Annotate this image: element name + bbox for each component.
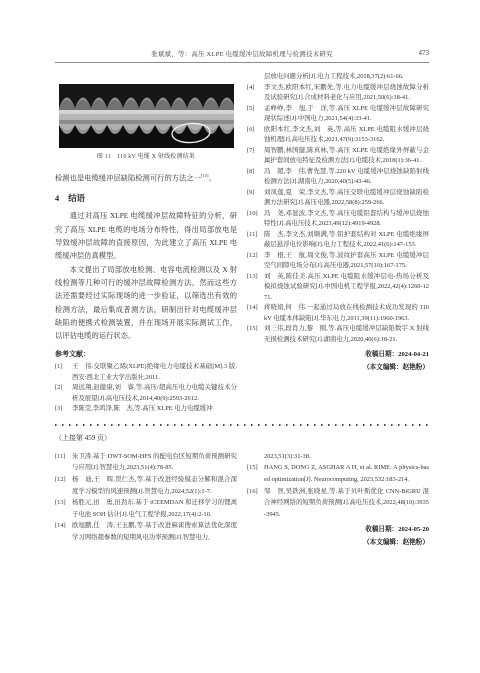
section-title: 结语	[68, 194, 85, 203]
reference-item: [15] 刘三伟,段肖力,黎 刚,等.高压电缆缓冲层缺陷数字 X 射线无损检测技…	[247, 324, 429, 345]
figure-11: 图 11 110 kV 电缆 X 射线检测结果	[55, 84, 237, 160]
continued-from-note: （上接第 459 页）	[55, 433, 429, 443]
reference-item: [11] 朱卫涛.基于 DWT-SOM-HFS 的配电台区短期负荷预测研究与应用…	[55, 451, 237, 474]
reference-text: 欧阳本红,李文杰,刘 英,等.高压 XLPE 电缆阻水缓冲层烧蚀机理[J].高电…	[264, 125, 429, 146]
top-columns: 图 11 110 kV 电缆 X 射线检测结果 检测也是电缆缓冲层缺陷检测可行的…	[55, 71, 429, 415]
running-title: 张斌斌，等：高压 XLPE 电缆缓冲层故障机理与检测技术研究	[55, 49, 429, 58]
reference-item: [3] 李陈莹,李鸿泽,陈 杰,等.高压 XLPE 电力电缆缓冲	[55, 404, 237, 415]
reference-text: 周远翔,赵健康,刘 睿,等.高压/超高压电力电缆关键技术分析及展望[J].高电压…	[72, 383, 237, 404]
references-right-bottom: 2023,51(3):31-38. [15] HANG S, DONG Z, A…	[247, 451, 429, 521]
reference-number: [11]	[247, 230, 264, 251]
reference-number: [15]	[247, 462, 264, 485]
section-heading: 4结语	[55, 192, 237, 204]
reference-number: [4]	[247, 83, 264, 104]
reference-text: HANG S, DONG Z, ASGHAR A H, et al. RIME:…	[264, 462, 429, 485]
journal-page: 张斌斌，等：高压 XLPE 电缆缓冲层故障机理与检测技术研究 473	[0, 0, 480, 673]
reference-number: [5]	[247, 104, 264, 125]
reference-text: 邹 智,吴铁洲,张晓星,等.基于贝叶斯优化 CNN-BiGRU 混合神经网络的短…	[264, 486, 429, 521]
reference-text: 冯 超,李 伟,曹先慧,等.220 kV 电缆缓冲层烧蚀缺陷射线检测方法[J].…	[264, 167, 429, 188]
reference-item: [10] 冯 尧,邓显波,李文杰,等.高压电缆铝套结构与缓冲层烧蚀特性[J].高…	[247, 209, 429, 230]
reference-item: [5] 孟峥峥,李 旭,于 洋,等.高压 XLPE 电缆缓冲层故障研究现状综述[…	[247, 104, 429, 125]
lead-paragraph: 检测也是电缆缓冲层缺陷检测可行的方法之一[15]。	[55, 169, 237, 184]
bottom-right-column: 2023,51(3):31-38. [15] HANG S, DONG Z, A…	[247, 451, 429, 547]
reference-number	[247, 72, 264, 83]
reference-number	[247, 451, 264, 463]
reference-text: 杨胜元,田 勇,田劲东.基于 iCEEMDAN 和迁移学习的锂离子电池 SOH …	[72, 497, 237, 520]
reference-item: 2023,51(3):31-38.	[247, 451, 429, 463]
reference-text: 李文杰,欧阳本红,宋鹏先,等.电力电缆缓冲层烧蚀故障分析及试验研究[J].合成材…	[264, 83, 429, 104]
reference-text: 陈 杰,李文杰,刘顺满,等.铝护套结构对 XLPE 电缆绝缘屏蔽层悬浮电位影响[…	[264, 230, 429, 251]
bottom-left-column: [11] 朱卫涛.基于 DWT-SOM-HFS 的配电台区短期负荷预测研究与应用…	[55, 451, 237, 547]
reference-text: 刘凤莲,夏 荣,李文杰,等.高压交联电缆缓冲层烧蚀缺陷检测方法研究[J].高压电…	[264, 188, 429, 209]
running-head: 张斌斌，等：高压 XLPE 电缆缓冲层故障机理与检测技术研究 473	[55, 49, 429, 58]
reference-number: [14]	[247, 303, 264, 324]
reference-number: [12]	[55, 474, 72, 497]
figure-caption: 图 11 110 kV 电缆 X 射线检测结果	[55, 151, 237, 160]
section-number: 4	[55, 194, 59, 203]
left-column: 图 11 110 kV 电缆 X 射线检测结果 检测也是电缆缓冲层缺陷检测可行的…	[55, 71, 237, 415]
conclusion-paragraph-2: 本文提出了局部放电检测、电容电流检测以及 X 射线检测等几种可行的缓冲层故障检测…	[55, 263, 237, 343]
conclusion-paragraph-1: 通过对高压 XLPE 电缆缓冲层故障特征的分析，研究了高压 XLPE 电缆的电场…	[55, 209, 237, 262]
reference-item: [9] 刘凤莲,夏 荣,李文杰,等.高压交联电缆缓冲层烧蚀缺陷检测方法研究[J]…	[247, 188, 429, 209]
reference-number: [12]	[247, 251, 264, 272]
reference-text: 孟峥峥,李 旭,于 洋,等.高压 XLPE 电缆缓冲层故障研究现状综述[J].中…	[264, 104, 429, 125]
reference-text: 周智鹏,林国健,陈真林,等.高压 XLPE 电缆绝缘外屏蔽与金属护套间放电特征及…	[264, 146, 429, 167]
reference-item: [14] 欧旭鹏,任 涛,王玉鹏,等.基于改进麻雀搜索算法优化深度学习网络超参数…	[55, 520, 237, 543]
reference-item: [2] 周远翔,赵健康,刘 睿,等.高压/超高压电力电缆关键技术分析及展望[J]…	[55, 383, 237, 404]
reference-text: 欧旭鹏,任 涛,王玉鹏,等.基于改进麻雀搜索算法优化深度学习网络超参数的短期风电…	[72, 520, 237, 543]
reference-item: [13] 刘 英,陈佳美.高压 XLPE 电缆阻水缓冲层电-热场分析及模拟烧蚀试…	[247, 272, 429, 304]
page-content: 张斌斌，等：高压 XLPE 电缆缓冲层故障机理与检测技术研究 473	[55, 49, 429, 546]
reference-number: [6]	[247, 125, 264, 146]
reference-item: [11] 陈 杰,李文杰,刘顺满,等.铝护套结构对 XLPE 电缆绝缘屏蔽层悬浮…	[247, 230, 429, 251]
dotted-separator	[55, 424, 429, 426]
reference-item: [1] 王 伟.交联聚乙烯(XLPE)绝缘电力电缆技术基础[M].3 版.西安:…	[55, 362, 237, 383]
reference-text: 王 伟.交联聚乙烯(XLPE)绝缘电力电缆技术基础[M].3 版.西安:西北工业…	[72, 362, 237, 383]
reference-item: [13] 杨胜元,田 勇,田劲东.基于 iCEEMDAN 和迁移学习的锂离子电池…	[55, 497, 237, 520]
reference-number: [14]	[55, 520, 72, 543]
reference-text: 朱卫涛.基于 DWT-SOM-HFS 的配电台区短期负荷预测研究与应用[J].智…	[72, 451, 237, 474]
reference-text: 蒋晓娟,何 伟.一起通过局放在线检测技术成功发现的 110 kV 电缆本体缺陷[…	[264, 303, 429, 324]
reference-text: 层放电问题分析[J].电力工程技术,2018,37(2):61-66.	[264, 72, 429, 83]
reference-item: [8] 冯 超,李 伟,曹先慧,等.220 kV 电缆缓冲层烧蚀缺陷射线检测方法…	[247, 167, 429, 188]
xray-image	[59, 84, 234, 148]
reference-item: [4] 李文杰,欧阳本红,宋鹏先,等.电力电缆缓冲层烧蚀故障分析及试验研究[J]…	[247, 83, 429, 104]
reference-item: 层放电问题分析[J].电力工程技术,2018,37(2):61-66.	[247, 72, 429, 83]
reference-text: 刘 英,陈佳美.高压 XLPE 电缆阻水缓冲层电-热场分析及模拟烧蚀试验研究[J…	[264, 272, 429, 304]
bottom-columns: [11] 朱卫涛.基于 DWT-SOM-HFS 的配电台区短期负荷预测研究与应用…	[55, 451, 429, 547]
reference-number: [7]	[247, 146, 264, 167]
references-right-top: 层放电问题分析[J].电力工程技术,2018,37(2):61-66. [4] …	[247, 72, 429, 345]
reference-text: 李陈莹,李鸿泽,陈 杰,等.高压 XLPE 电力电缆缓冲	[72, 404, 237, 415]
reference-number: [9]	[247, 188, 264, 209]
editor-note: （本文编辑：赵艳粉）	[247, 361, 429, 371]
reference-item: [6] 欧阳本红,李文杰,刘 英,等.高压 XLPE 电缆阻水缓冲层烧蚀机理[J…	[247, 125, 429, 146]
reference-number: [2]	[55, 383, 72, 404]
page-number: 473	[419, 49, 430, 57]
lead-text: 检测也是电缆缓冲层缺陷检测可行的方法之一	[55, 173, 201, 182]
reference-item: [7] 周智鹏,林国健,陈真林,等.高压 XLPE 电缆绝缘外屏蔽与金属护套间放…	[247, 146, 429, 167]
reference-number: [15]	[247, 324, 264, 345]
editor-note-2: （本文编辑：赵艳粉）	[247, 536, 429, 546]
reference-text: 2023,51(3):31-38.	[264, 451, 429, 463]
reference-number: [16]	[247, 486, 264, 521]
reference-number: [1]	[55, 362, 72, 383]
reference-number: [13]	[55, 497, 72, 520]
reference-text: 刘三伟,段肖力,黎 刚,等.高压电缆缓冲层缺陷数字 X 射线无损检测技术研究[J…	[264, 324, 429, 345]
references-left-top: [1] 王 伟.交联聚乙烯(XLPE)绝缘电力电缆技术基础[M].3 版.西安:…	[55, 362, 237, 415]
reference-text: 冯 尧,邓显波,李文杰,等.高压电缆铝套结构与缓冲层烧蚀特性[J].高电压技术,…	[264, 209, 429, 230]
reference-item: [12] 杨 迪,王 晖,贺仁杰,等.基于改进经验模态分解和混合深度学习模型的风…	[55, 474, 237, 497]
references-left-bottom: [11] 朱卫涛.基于 DWT-SOM-HFS 的配电台区短期负荷预测研究与应用…	[55, 451, 237, 544]
lead-period: 。	[209, 173, 216, 182]
header-rule	[55, 62, 429, 63]
reference-item: [16] 邹 智,吴铁洲,张晓星,等.基于贝叶斯优化 CNN-BiGRU 混合神…	[247, 486, 429, 521]
reference-text: 李 根,王 航,周文俊,等.波纹护套高压 XLPE 电缆缓冲层空气间隙电场分布[…	[264, 251, 429, 272]
reference-number: [8]	[247, 167, 264, 188]
right-column: 层放电问题分析[J].电力工程技术,2018,37(2):61-66. [4] …	[247, 72, 429, 415]
reference-item: [12] 李 根,王 航,周文俊,等.波纹护套高压 XLPE 电缆缓冲层空气间隙…	[247, 251, 429, 272]
reference-number: [3]	[55, 404, 72, 415]
reference-item: [15] HANG S, DONG Z, ASGHAR A H, et al. …	[247, 462, 429, 485]
references-heading: 参考文献：	[55, 349, 237, 359]
received-date-2: 收稿日期：2024-05-20	[247, 523, 429, 533]
received-date: 收稿日期：2024-04-21	[247, 348, 429, 358]
reference-number: [10]	[247, 209, 264, 230]
reference-item: [14] 蒋晓娟,何 伟.一起通过局放在线检测技术成功发现的 110 kV 电缆…	[247, 303, 429, 324]
reference-text: 杨 迪,王 晖,贺仁杰,等.基于改进经验模态分解和混合深度学习模型的风速预测[J…	[72, 474, 237, 497]
reference-number: [13]	[247, 272, 264, 304]
citation-superscript: [15]	[201, 173, 209, 178]
reference-number: [11]	[55, 451, 72, 474]
